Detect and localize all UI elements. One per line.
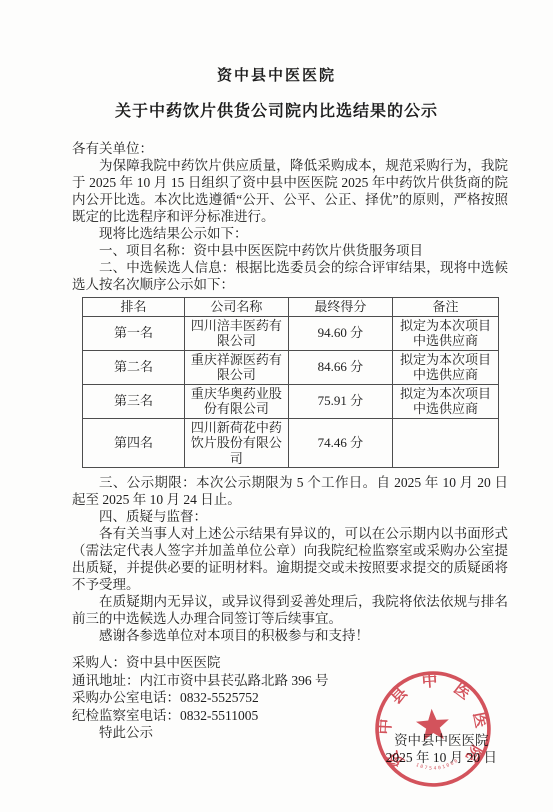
cell-company: 重庆祥源医药有限公司 bbox=[184, 350, 288, 384]
announce-line: 现将比选结果公示如下： bbox=[72, 225, 508, 242]
doc-title: 关于中药饮片供货公司院内比选结果的公示 bbox=[0, 98, 553, 121]
intro-paragraph: 为保障我院中药饮片供应质量，降低采购成本，规范采购行为，我院于 2025 年 1… bbox=[72, 157, 508, 225]
col-header-score: 最终得分 bbox=[288, 298, 392, 317]
cell-note bbox=[392, 418, 498, 468]
item-publicity-period: 三、公示期限：本次公示期限为 5 个工作日。自 2025 年 10 月 20 日… bbox=[72, 474, 508, 508]
cell-rank: 第四名 bbox=[83, 418, 185, 468]
cell-rank: 第一名 bbox=[83, 316, 185, 350]
document-page: 资中县中医医院 关于中药饮片供货公司院内比选结果的公示 各有关单位： 为保障我院… bbox=[0, 0, 553, 812]
cell-rank: 第二名 bbox=[83, 350, 185, 384]
table-row: 第一名 四川涪丰医药有限公司 94.60 分 拟定为本次项目中选供应商 bbox=[83, 316, 499, 350]
document-body: 各有关单位： 为保障我院中药饮片供应质量，降低采购成本，规范采购行为，我院于 2… bbox=[72, 140, 508, 741]
cell-note: 拟定为本次项目中选供应商 bbox=[392, 316, 498, 350]
cell-company: 四川新荷花中药饮片股份有限公司 bbox=[184, 418, 288, 468]
cell-score: 94.60 分 bbox=[288, 316, 392, 350]
cell-note: 拟定为本次项目中选供应商 bbox=[392, 350, 498, 384]
cell-company: 重庆华奥药业股份有限公司 bbox=[184, 384, 288, 418]
seal-star-icon bbox=[415, 708, 450, 742]
table-row: 第四名 四川新荷花中药饮片股份有限公司 74.46 分 bbox=[83, 418, 499, 468]
cell-score: 75.91 分 bbox=[288, 384, 392, 418]
selection-result-table: 排名 公司名称 最终得分 备注 第一名 四川涪丰医药有限公司 94.60 分 拟… bbox=[82, 297, 499, 468]
col-header-rank: 排名 bbox=[83, 298, 185, 317]
cell-score: 74.46 分 bbox=[288, 418, 392, 468]
cell-company: 四川涪丰医药有限公司 bbox=[184, 316, 288, 350]
supervision-detail: 各有关当事人对上述公示结果有异议的，可以在公示期内以书面形式（需法定代表人签字并… bbox=[72, 525, 508, 593]
cell-rank: 第三名 bbox=[83, 384, 185, 418]
table-row: 第三名 重庆华奥药业股份有限公司 75.91 分 拟定为本次项目中选供应商 bbox=[83, 384, 499, 418]
cell-score: 84.66 分 bbox=[288, 350, 392, 384]
col-header-company: 公司名称 bbox=[184, 298, 288, 317]
salutation: 各有关单位： bbox=[72, 140, 508, 157]
thanks-line: 感谢各参选单位对本项目的积极参与和支持！ bbox=[72, 627, 508, 644]
item-project-name: 一、项目名称：资中县中医医院中药饮片供货服务项目 bbox=[72, 242, 508, 259]
table-header-row: 排名 公司名称 最终得分 备注 bbox=[83, 298, 499, 317]
cell-note: 拟定为本次项目中选供应商 bbox=[392, 384, 498, 418]
item-supervision: 四、质疑与监督： bbox=[72, 508, 508, 525]
org-title: 资中县中医医院 bbox=[0, 0, 553, 85]
followup-paragraph: 在质疑期内无异议，或异议得到妥善处理后，我院将依法依规与排名前三的中选候选人办理… bbox=[72, 593, 508, 627]
table-row: 第二名 重庆祥源医药有限公司 84.66 分 拟定为本次项目中选供应商 bbox=[83, 350, 499, 384]
item-candidates-info: 二、中选候选人信息：根据比选委员会的综合评审结果，现将中选候选人按名次顺序公示如… bbox=[72, 259, 508, 293]
col-header-note: 备注 bbox=[392, 298, 498, 317]
official-seal: 资中县中医医院 10754010008 bbox=[368, 664, 498, 794]
